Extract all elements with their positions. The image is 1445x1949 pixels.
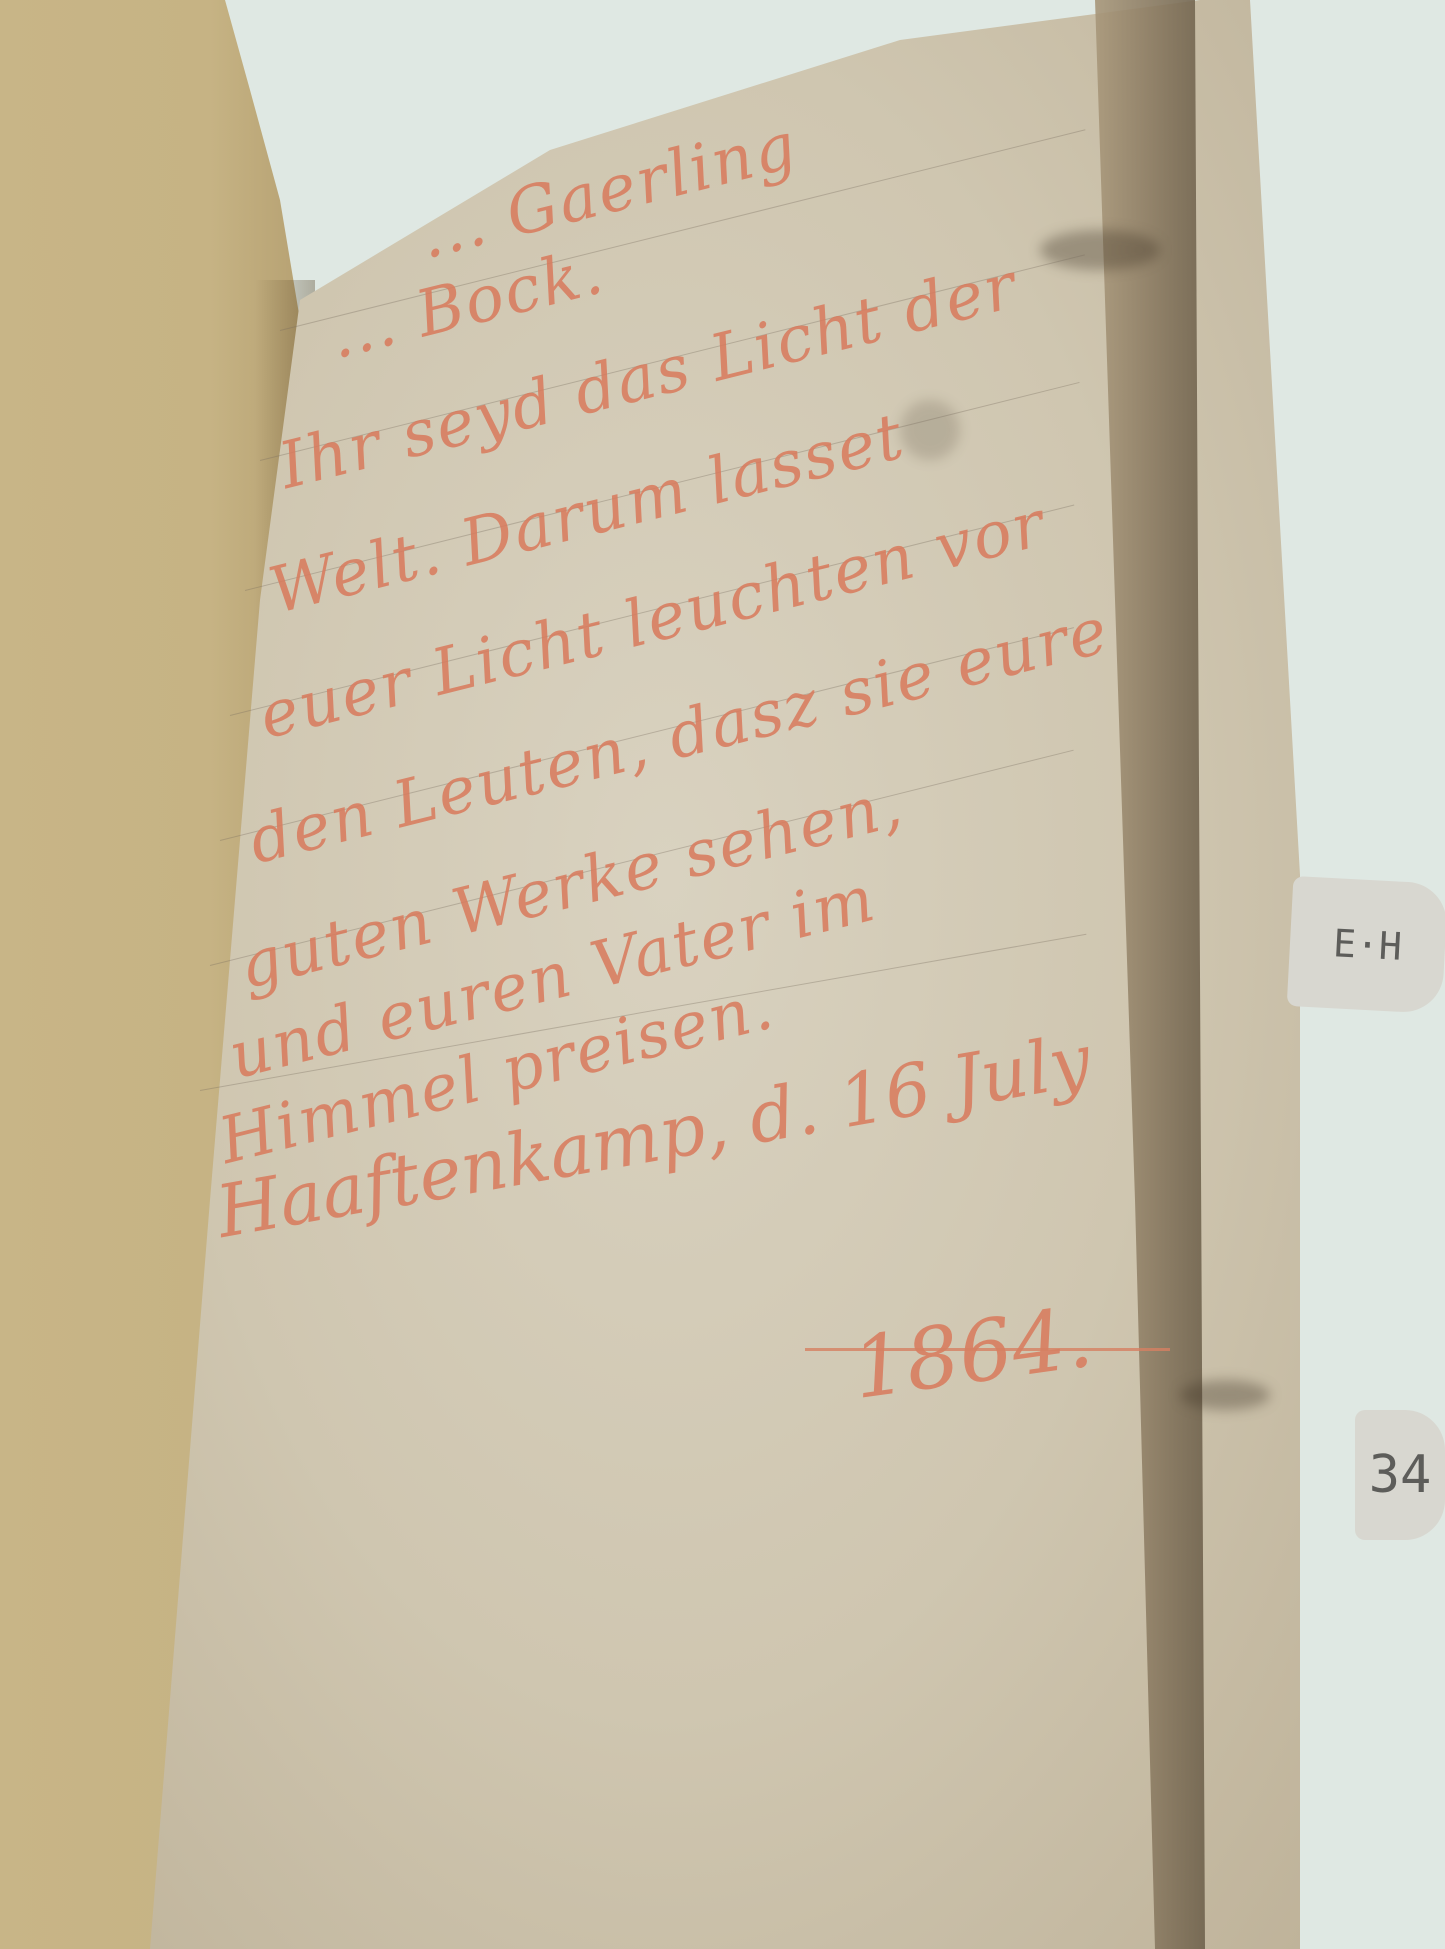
ink-stain: [900, 400, 960, 460]
tag-label: E·H: [1332, 921, 1403, 969]
ink-stain: [1180, 1380, 1270, 1410]
paper-tag-lower: 34: [1355, 1410, 1445, 1540]
tag-label: 34: [1369, 1445, 1432, 1505]
ink-stain: [1040, 230, 1160, 270]
book-photo: ... Gaerling ... Bock. Ihr seyd das Lich…: [0, 0, 1445, 1949]
signature-underline: [805, 1348, 1170, 1351]
paper-tag-upper: E·H: [1287, 876, 1445, 1014]
